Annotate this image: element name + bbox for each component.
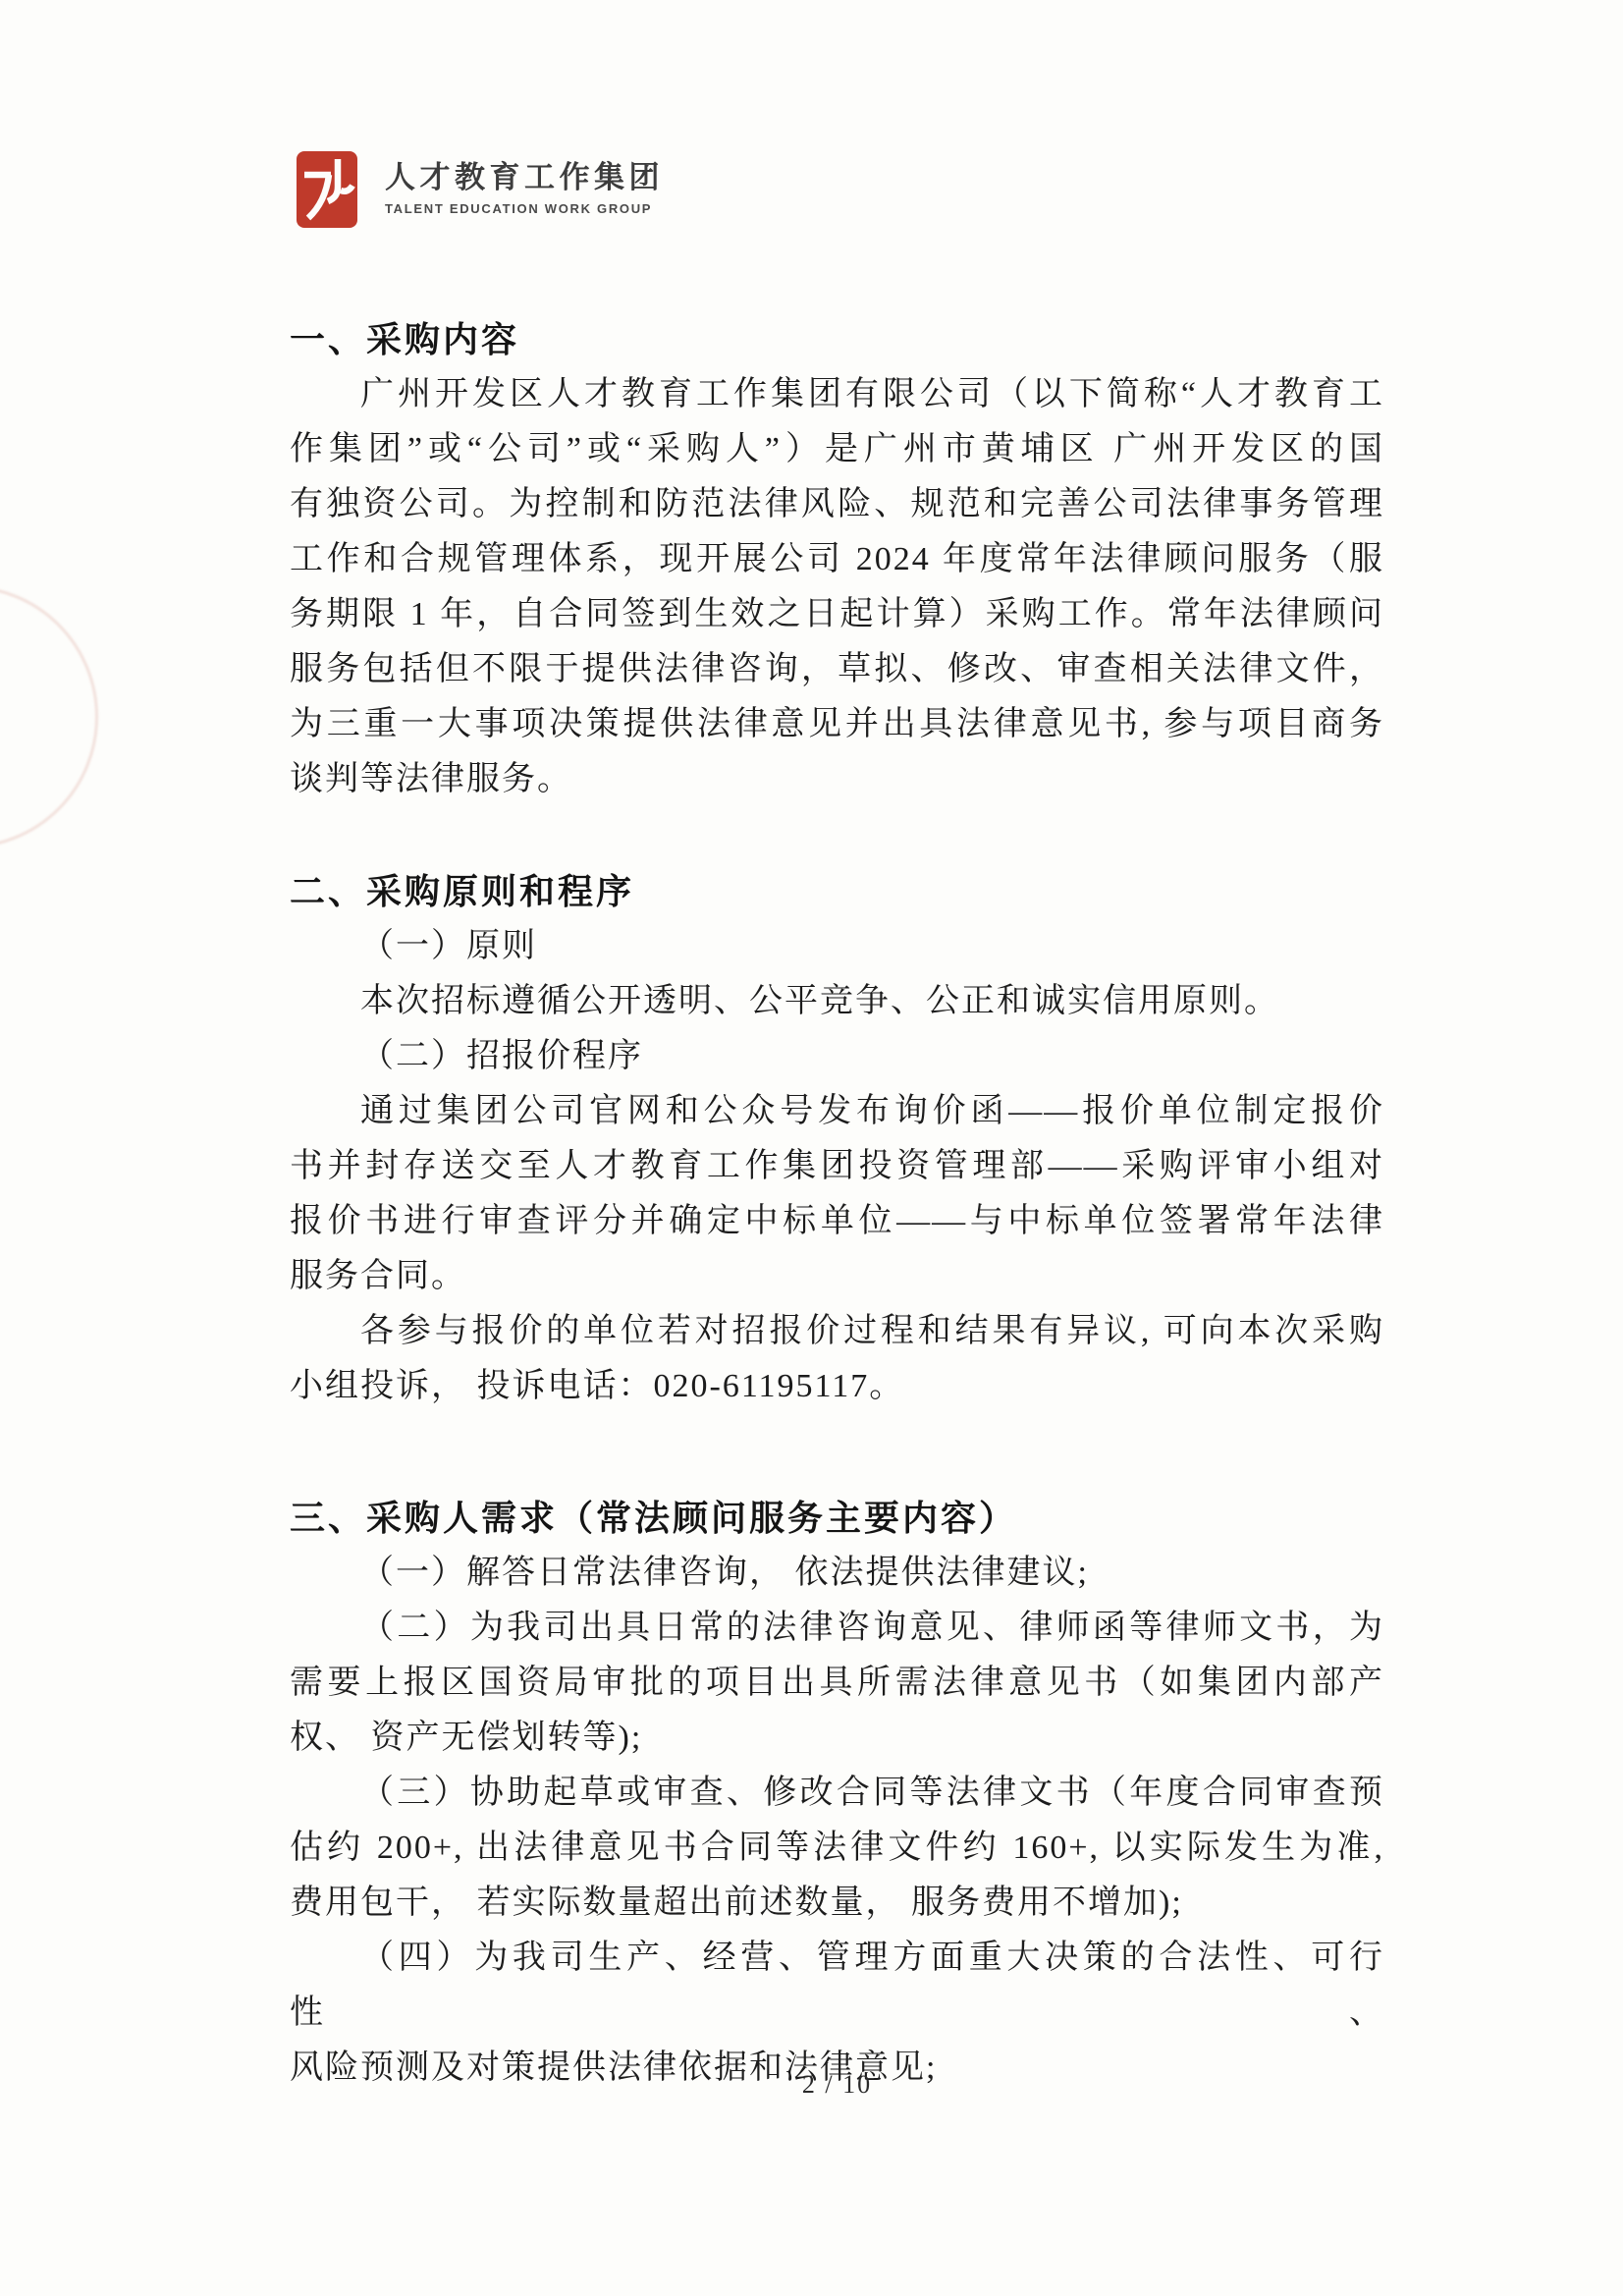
text-line: 务期限 1 年，自合同签到生效之日起计算）采购工作。常年法律顾问 xyxy=(290,587,1384,642)
scan-artifact xyxy=(0,585,98,848)
company-logo: 人才教育工作集团 TALENT EDUCATION WORK GROUP xyxy=(297,151,664,228)
text-line: 为三重一大事项决策提供法律意见并出具法律意见书, 参与项目商务 xyxy=(290,697,1384,752)
text-line: （二）为我司出具日常的法律咨询意见、律师函等律师文书，为 xyxy=(290,1601,1384,1656)
text-line: 费用包干， 若实际数量超出前述数量， 服务费用不增加); xyxy=(290,1876,1384,1931)
text-line: （三）协助起草或审查、修改合同等法律文书（年度合同审查预 xyxy=(290,1766,1384,1821)
text-line: 工作和合规管理体系，现开展公司 2024 年度常年法律顾问服务（服 xyxy=(290,532,1384,587)
text-line: 估约 200+, 出法律意见书合同等法律文件约 160+, 以实际发生为准, xyxy=(290,1821,1384,1876)
text-line: 权、 资产无偿划转等); xyxy=(290,1711,1384,1766)
document-section: 一、采购内容广州开发区人才教育工作集团有限公司（以下简称“人才教育工作集团”或“… xyxy=(290,312,1384,807)
text-line: 作集团”或“公司”或“采购人”）是广州市黄埔区 广州开发区的国 xyxy=(290,422,1384,477)
document-section: 三、采购人需求（常法顾问服务主要内容）（一）解答日常法律咨询， 依法提供法律建议… xyxy=(290,1491,1384,2096)
section-heading: 二、采购原则和程序 xyxy=(290,864,1384,919)
logo-text: 人才教育工作集团 TALENT EDUCATION WORK GROUP xyxy=(385,151,664,216)
text-line: 通过集团公司官网和公众号发布询价函——报价单位制定报价 xyxy=(290,1084,1384,1139)
document-body: 一、采购内容广州开发区人才教育工作集团有限公司（以下简称“人才教育工作集团”或“… xyxy=(290,312,1384,2096)
page-number: 2 / 10 xyxy=(802,2070,872,2099)
text-line: 服务合同。 xyxy=(290,1249,1384,1304)
page-footer: 2 / 10 xyxy=(290,2070,1384,2100)
text-line: 书并封存送交至人才教育工作集团投资管理部——采购评审小组对 xyxy=(290,1139,1384,1194)
document-page: 人才教育工作集团 TALENT EDUCATION WORK GROUP 一、采… xyxy=(0,0,1623,2296)
text-line: 需要上报区国资局审批的项目出具所需法律意见书（如集团内部产 xyxy=(290,1656,1384,1711)
text-line: 服务包括但不限于提供法律咨询，草拟、修改、审查相关法律文件， xyxy=(290,642,1384,697)
section-heading: 三、采购人需求（常法顾问服务主要内容） xyxy=(290,1491,1384,1546)
document-section: 二、采购原则和程序（一）原则本次招标遵循公开透明、公平竞争、公正和诚实信用原则。… xyxy=(290,864,1384,1414)
text-line: （一）原则 xyxy=(290,919,1384,974)
logo-name-english: TALENT EDUCATION WORK GROUP xyxy=(385,201,664,216)
text-line: （四）为我司生产、经营、管理方面重大决策的合法性、可行性、 xyxy=(290,1931,1384,2041)
text-line: 报价书进行审查评分并确定中标单位——与中标单位签署常年法律 xyxy=(290,1194,1384,1249)
text-line: （一）解答日常法律咨询， 依法提供法律建议; xyxy=(290,1546,1384,1601)
text-line: 有独资公司。为控制和防范法律风险、规范和完善公司法律事务管理 xyxy=(290,477,1384,532)
logo-name-chinese: 人才教育工作集团 xyxy=(385,161,664,194)
text-line: 小组投诉， 投诉电话：020-61195117。 xyxy=(290,1359,1384,1414)
text-line: 广州开发区人才教育工作集团有限公司（以下简称“人才教育工 xyxy=(290,367,1384,422)
logo-mark-icon xyxy=(297,151,357,228)
text-line: 各参与报价的单位若对招报价过程和结果有异议, 可向本次采购 xyxy=(290,1304,1384,1359)
text-line: 谈判等法律服务。 xyxy=(290,752,1384,807)
text-line: （二）招报价程序 xyxy=(290,1029,1384,1084)
text-line: 本次招标遵循公开透明、公平竞争、公正和诚实信用原则。 xyxy=(290,974,1384,1029)
section-heading: 一、采购内容 xyxy=(290,312,1384,367)
